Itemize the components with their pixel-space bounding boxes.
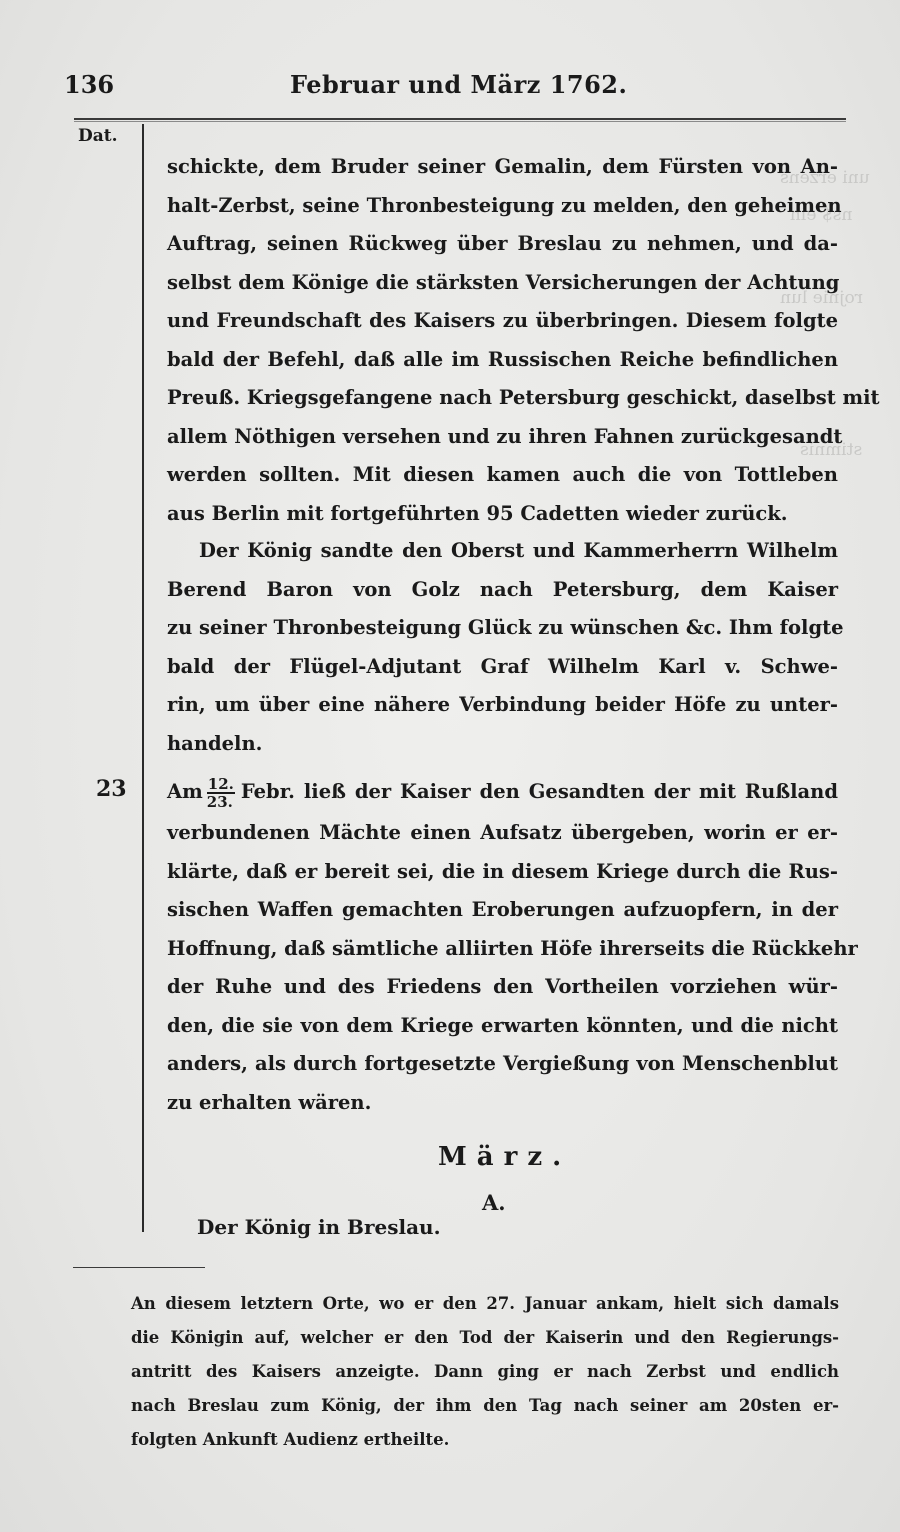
footnote-line: antritt des Kaisers anzeigte. Dann ging …: [131, 1355, 839, 1389]
text-line: Auftrag, seinen Rückweg über Breslau zu …: [167, 225, 838, 264]
text-line: halt-Zerbst, seine Thronbesteigung zu me…: [167, 187, 838, 226]
paragraph-2: Der König sandte den Oberst und Kammerhe…: [167, 532, 838, 763]
text-line: bald der Flügel-Adjutant Graf Wilhelm Ka…: [167, 648, 838, 687]
text-line: verbundenen Mächte einen Aufsatz übergeb…: [167, 814, 838, 853]
text-line: den, die sie von dem Kriege erwarten kön…: [167, 1007, 838, 1046]
fraction-denominator: 23.: [207, 794, 235, 810]
text-line: werden sollten. Mit diesen kamen auch di…: [167, 456, 838, 495]
column-divider: [142, 124, 144, 1232]
text-line: zu erhalten wären.: [167, 1084, 838, 1123]
date-fraction: 12.23.: [207, 776, 235, 810]
paragraph-1: schickte, dem Bruder seiner Gemalin, dem…: [167, 148, 838, 533]
header-rule-thin: [74, 121, 846, 122]
footnote-line: An diesem letztern Orte, wo er den 27. J…: [131, 1287, 839, 1321]
text-line: der Ruhe und des Friedens den Vortheilen…: [167, 968, 838, 1007]
footnote-rule: [73, 1267, 205, 1268]
page-number: 136: [64, 70, 114, 99]
month-heading: März.: [438, 1142, 571, 1172]
text-line: zu seiner Thronbesteigung Glück zu wünsc…: [167, 609, 838, 648]
text-line: schickte, dem Bruder seiner Gemalin, dem…: [167, 148, 838, 187]
text-line: Der König sandte den Oberst und Kammerhe…: [167, 532, 838, 571]
line-rest: Febr. ließ der Kaiser den Gesandten der …: [241, 780, 838, 803]
header-rule: [74, 118, 846, 120]
footnote: An diesem letztern Orte, wo er den 27. J…: [131, 1287, 839, 1457]
section-subheading: Der König in Breslau.: [197, 1215, 441, 1239]
text-line-with-fraction: Am12.23.Febr. ließ der Kaiser den Gesand…: [167, 770, 838, 814]
text-line: Preuß. Kriegsgefangene nach Petersburg g…: [167, 379, 838, 418]
running-title: Februar und März 1762.: [290, 70, 627, 99]
text-line: Berend Baron von Golz nach Petersburg, d…: [167, 571, 838, 610]
line-prefix: Am: [167, 780, 203, 803]
text-line: allem Nöthigen versehen und zu ihren Fah…: [167, 418, 838, 457]
paragraph-3: Am12.23.Febr. ließ der Kaiser den Gesand…: [167, 770, 838, 1122]
text-line: klärte, daß er bereit sei, die in diesem…: [167, 853, 838, 892]
section-letter: A.: [482, 1190, 506, 1215]
date-column-heading: Dat.: [78, 126, 118, 146]
text-line: bald der Befehl, daß alle im Russischen …: [167, 341, 838, 380]
text-line: rin, um über eine nähere Verbindung beid…: [167, 686, 838, 725]
text-line: anders, als durch fortgesetzte Vergießun…: [167, 1045, 838, 1084]
date-marker: 23: [96, 776, 127, 802]
fraction-numerator: 12.: [207, 776, 235, 794]
footnote-line: nach Breslau zum König, der ihm den Tag …: [131, 1389, 839, 1423]
book-page: uni erzens ns$ ein rojnie lun stimnis 13…: [0, 0, 900, 1532]
text-line: Hoffnung, daß sämtliche alliirten Höfe i…: [167, 930, 838, 969]
text-line: sischen Waffen gemachten Eroberungen auf…: [167, 891, 838, 930]
text-line: aus Berlin mit fortgeführten 95 Cadetten…: [167, 495, 838, 534]
text-line: selbst dem Könige die stärksten Versiche…: [167, 264, 838, 303]
text-line: handeln.: [167, 725, 838, 764]
footnote-line: folgten Ankunft Audienz ertheilte.: [131, 1423, 839, 1457]
footnote-line: die Königin auf, welcher er den Tod der …: [131, 1321, 839, 1355]
text-line: und Freundschaft des Kaisers zu überbrin…: [167, 302, 838, 341]
